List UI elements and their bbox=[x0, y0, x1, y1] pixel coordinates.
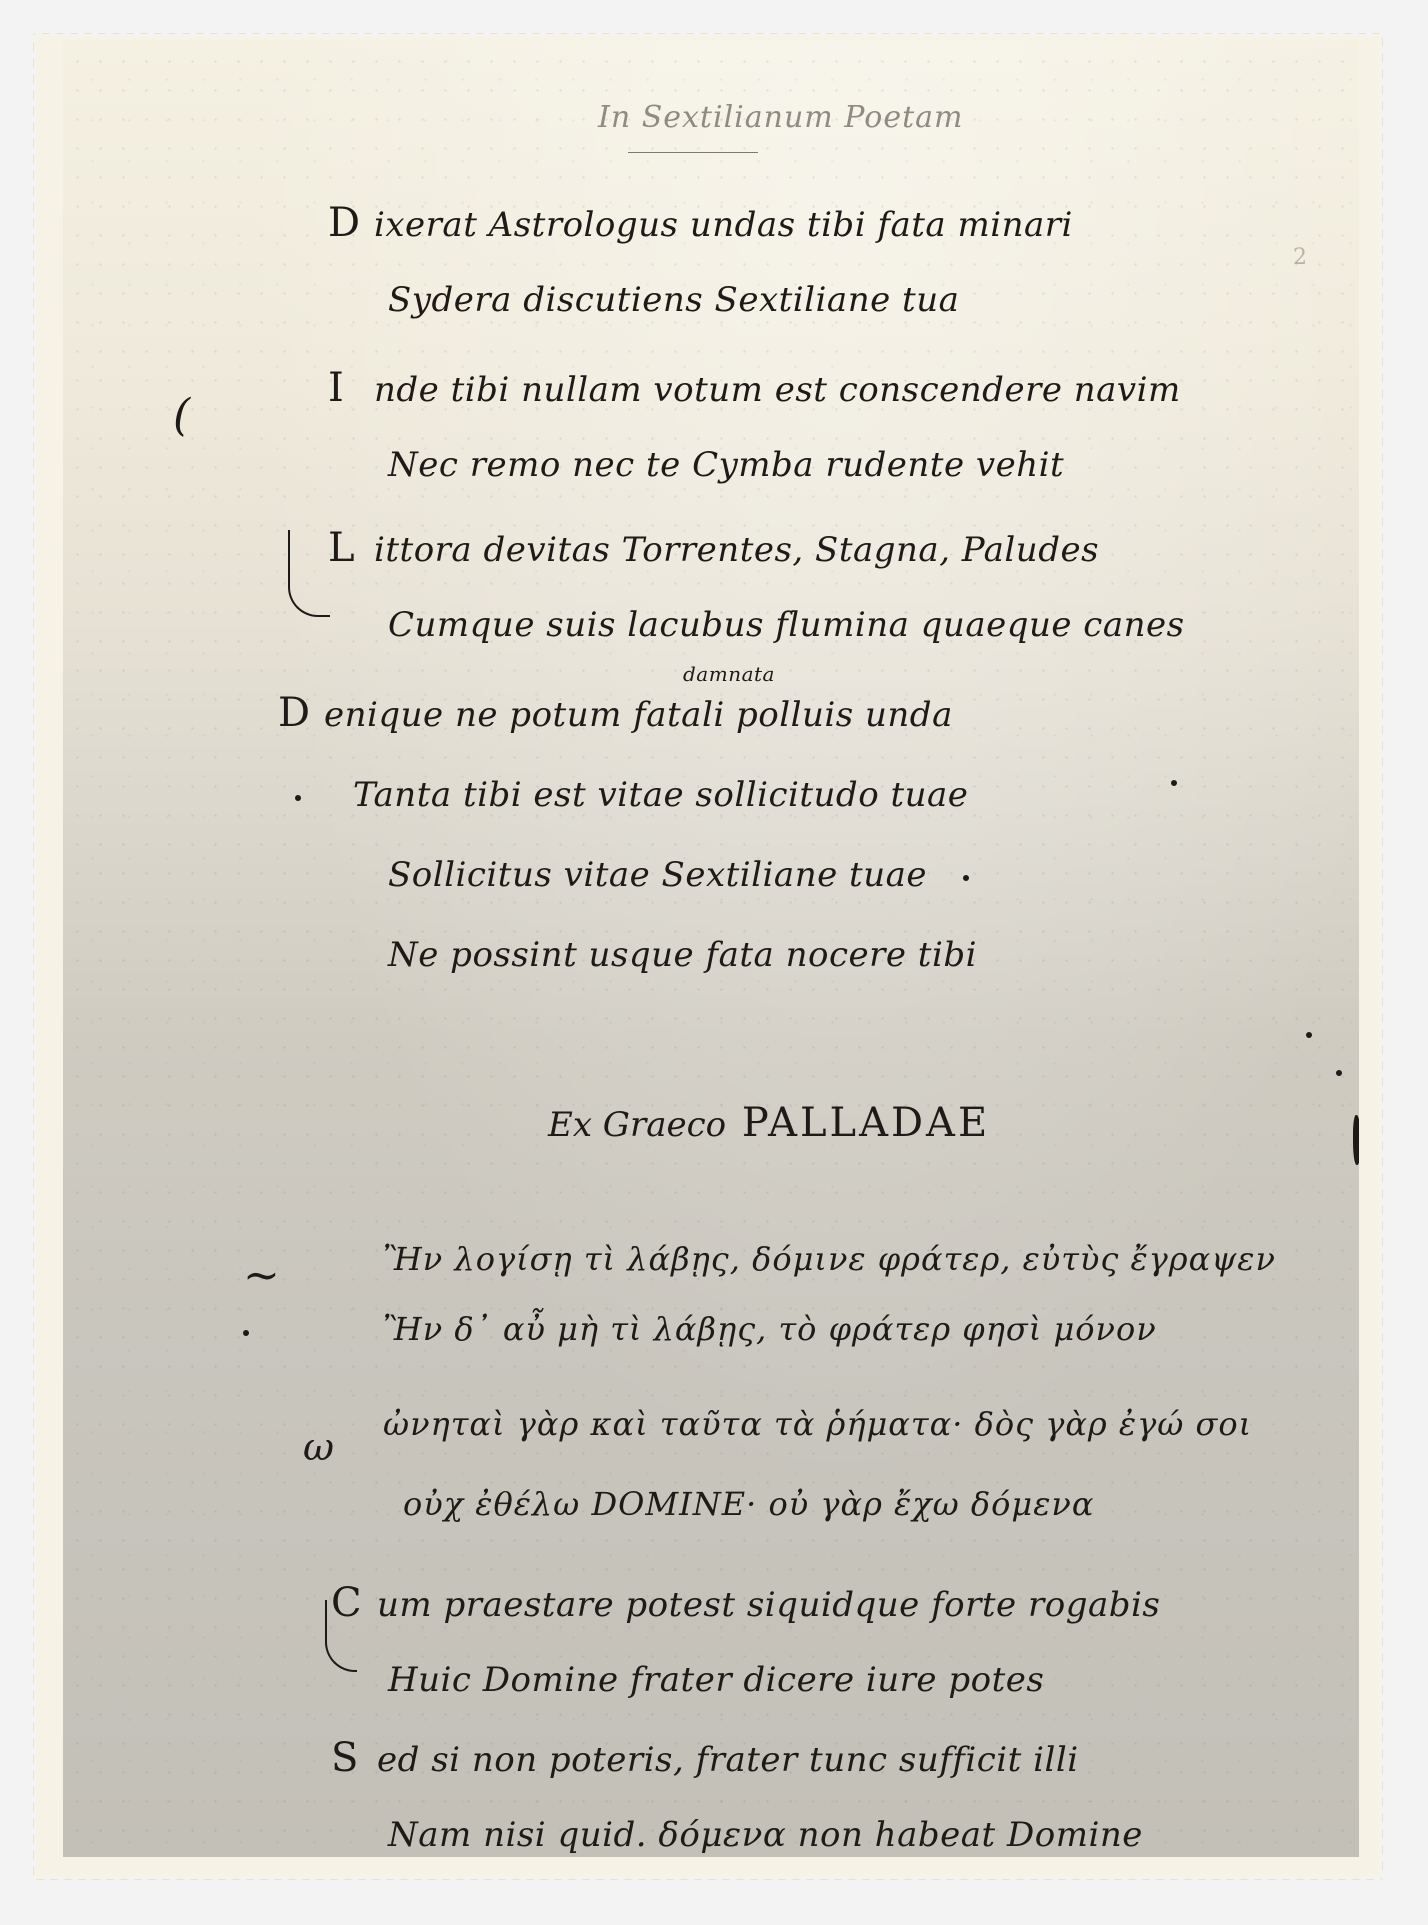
margin-bracket bbox=[325, 1600, 357, 1672]
margin-bracket-mark: ( bbox=[173, 390, 190, 441]
ink-dot bbox=[1306, 1032, 1312, 1038]
photo-print: 2 In Sextilianum Poetam Dixerat Astrolog… bbox=[33, 33, 1383, 1880]
verse-text: ed si non poteris, frater tunc sufficit … bbox=[377, 1740, 1079, 1780]
verse-line: Cumque suis lacubus flumina quaeque cane… bbox=[388, 605, 1185, 645]
tilde-mark: ~ bbox=[243, 1250, 280, 1301]
greek-line: ὠνηταὶ γὰρ καὶ ταῦτα τὰ ῥήματα· δὸς γὰρ … bbox=[383, 1405, 1252, 1443]
ink-dot bbox=[243, 1330, 249, 1336]
verse-line: Sed si non poteris, frater tunc sufficit… bbox=[331, 1735, 1079, 1781]
verse-text: Sydera discutiens Sextiliane tua bbox=[388, 280, 959, 320]
verse-text: nde tibi nullam votum est conscendere na… bbox=[374, 370, 1181, 410]
deckle-edge-left bbox=[30, 33, 36, 1880]
verse-text: ixerat Astrologus undas tibi fata minari bbox=[374, 205, 1073, 245]
verse-initial: L bbox=[328, 525, 374, 571]
verse-line: Nec remo nec te Cymba rudente vehit bbox=[388, 445, 1064, 485]
verse-initial: D bbox=[328, 200, 374, 246]
ink-dot bbox=[1171, 780, 1177, 786]
verse-text: Tanta tibi est vitae sollicitudo tuae bbox=[353, 775, 968, 815]
verse-text: enique ne potum fatali polluis unda bbox=[324, 695, 953, 735]
page-number: 2 bbox=[1293, 245, 1307, 270]
verse-text: um praestare potest siquidque forte roga… bbox=[377, 1585, 1160, 1625]
heading-name: PALLADAE bbox=[742, 1100, 990, 1146]
verse-text: Nam nisi quid. δόμενα non habeat Domine bbox=[388, 1815, 1143, 1855]
ink-blot bbox=[1353, 1115, 1359, 1165]
greek-margin-marker: ω bbox=[303, 1425, 334, 1469]
verse-line: Huic Domine frater dicere iure potes bbox=[388, 1660, 1044, 1700]
verse-line: Inde tibi nullam votum est conscendere n… bbox=[328, 365, 1181, 411]
verse-line: Littora devitas Torrentes, Stagna, Palud… bbox=[328, 525, 1099, 571]
deckle-edge-right bbox=[1380, 33, 1386, 1880]
title-underline bbox=[628, 152, 758, 153]
verse-text: Sollicitus vitae Sextiliane tuae bbox=[388, 855, 927, 895]
verse-line: Tanta tibi est vitae sollicitudo tuae bbox=[353, 775, 968, 815]
greek-line: οὐχ ἐθέλω DOMINE· οὐ γὰρ ἔχω δόμενα bbox=[403, 1485, 1094, 1523]
verse-line: Ne possint usque fata nocere tibi bbox=[388, 935, 977, 975]
margin-bracket bbox=[288, 530, 330, 617]
verse-text: Nec remo nec te Cymba rudente vehit bbox=[388, 445, 1064, 485]
verse-initial: S bbox=[331, 1735, 377, 1781]
verse-line: Sydera discutiens Sextiliane tua bbox=[388, 280, 959, 320]
ink-dot bbox=[295, 795, 301, 801]
verse-line: Sollicitus vitae Sextiliane tuae bbox=[388, 855, 927, 895]
verse-initial: I bbox=[328, 365, 374, 411]
interlinear-gloss: damnata bbox=[683, 662, 775, 686]
verse-line: Cum praestare potest siquidque forte rog… bbox=[331, 1580, 1160, 1626]
verse-text: Huic Domine frater dicere iure potes bbox=[388, 1660, 1044, 1700]
poem2-heading: Ex Graeco PALLADAE bbox=[548, 1100, 990, 1146]
manuscript-photo: 2 In Sextilianum Poetam Dixerat Astrolog… bbox=[63, 40, 1359, 1857]
greek-line: Ἢν λογίσῃ τὶ λάβῃς, δόμινε φράτερ, εὐτὺς… bbox=[383, 1240, 1276, 1278]
ink-dot bbox=[1336, 1070, 1342, 1076]
verse-text: ittora devitas Torrentes, Stagna, Palude… bbox=[374, 530, 1099, 570]
ink-dot bbox=[963, 875, 969, 881]
heading-prefix: Ex Graeco bbox=[548, 1105, 726, 1145]
verse-line: Denique ne potum fatali polluis unda bbox=[278, 690, 953, 736]
verse-text: Cumque suis lacubus flumina quaeque cane… bbox=[388, 605, 1185, 645]
verse-line: Dixerat Astrologus undas tibi fata minar… bbox=[328, 200, 1073, 246]
verse-text: Ne possint usque fata nocere tibi bbox=[388, 935, 977, 975]
greek-line: Ἢν δ᾽ αὖ μὴ τὶ λάβῃς, τὸ φράτερ φησὶ μόν… bbox=[383, 1310, 1157, 1348]
verse-initial: D bbox=[278, 690, 324, 736]
verse-line: Nam nisi quid. δόμενα non habeat Domine bbox=[388, 1815, 1143, 1855]
poem1-title: In Sextilianum Poetam bbox=[598, 100, 963, 135]
